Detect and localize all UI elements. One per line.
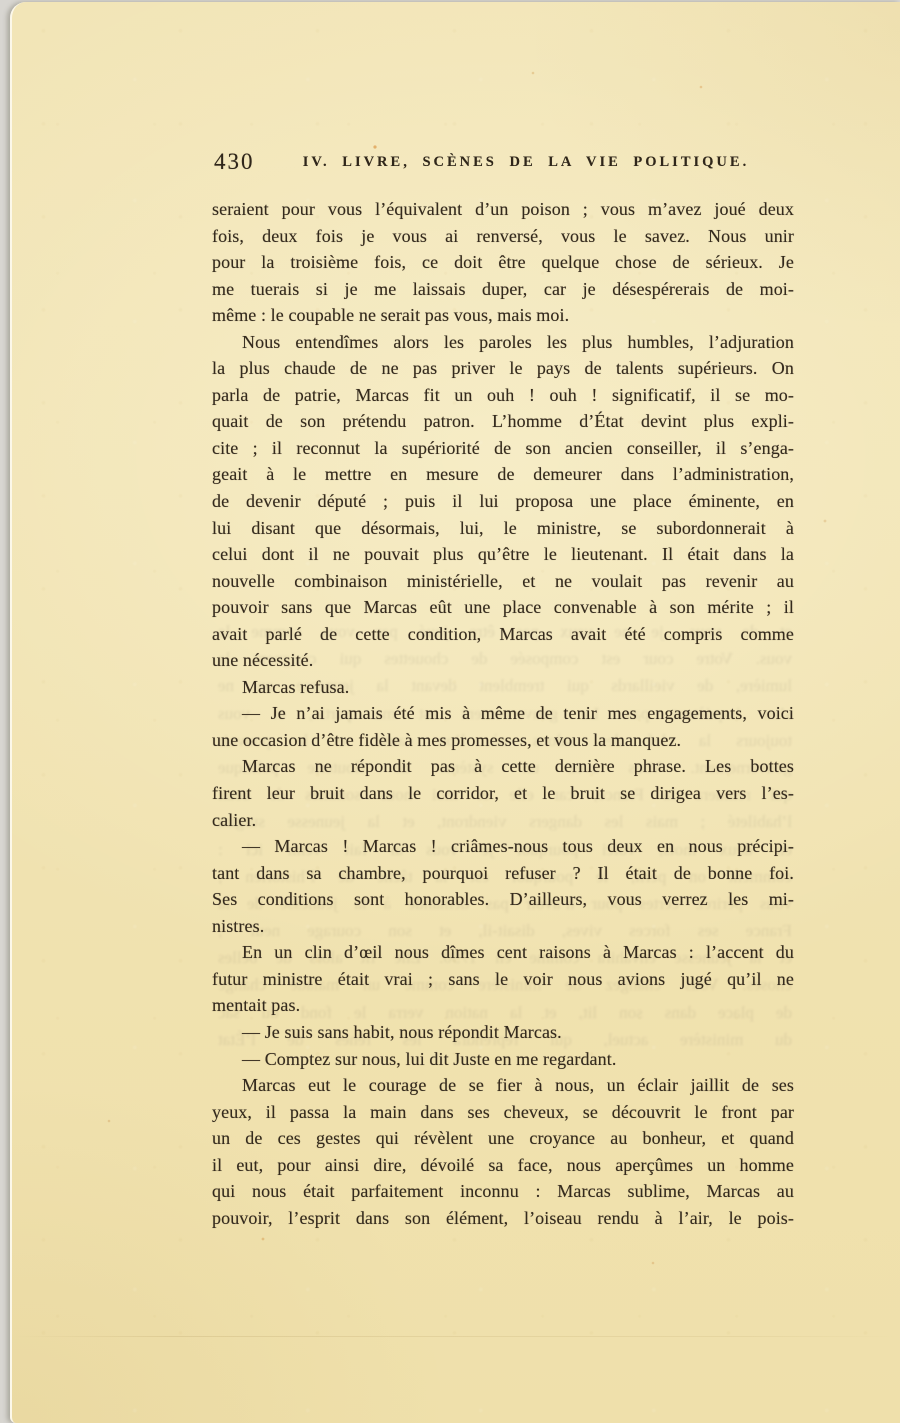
text-line: un de ces gestes qui révèlent une croyan… (212, 1125, 794, 1152)
text-line: — Je suis sans habit, nous répondit Marc… (212, 1019, 794, 1046)
text-line: Marcas ne répondit pas à cette dernière … (212, 753, 794, 780)
text-line: calier. (212, 807, 794, 834)
running-header: 430 IV. LIVRE, SCÈNES DE LA VIE POLITIQU… (212, 149, 794, 181)
text-line: il eut, pour ainsi dire, dévoilé sa face… (212, 1152, 794, 1179)
text-line: de devenir député ; puis il lui proposa … (212, 488, 794, 515)
text-line: parla de patrie, Marcas fit un ouh ! ouh… (212, 382, 794, 409)
text-line: nouvelle combinaison ministérielle, et n… (212, 568, 794, 595)
text-line: — Je n’ai jamais été mis à même de tenir… (212, 700, 794, 727)
text-line: seraient pour vous l’équivalent d’un poi… (212, 196, 794, 223)
text-line: la plus chaude de ne pas priver le pays … (212, 355, 794, 382)
text-line: avait parlé de cette condition, Marcas a… (212, 621, 794, 648)
text-line: Marcas eut le courage de se fier à nous,… (212, 1072, 794, 1099)
text-line: qui nous était parfaitement inconnu : Ma… (212, 1178, 794, 1205)
text-line: mentait pas. (212, 992, 794, 1019)
text-line: — Comptez sur nous, lui dit Juste en me … (212, 1046, 794, 1073)
text-line: quait de son prétendu patron. L’homme d’… (212, 408, 794, 435)
text-line: Marcas refusa. (212, 674, 794, 701)
text-line: lui disant que désormais, lui, le minist… (212, 515, 794, 542)
text-line: En un clin d’œil nous dîmes cent raisons… (212, 939, 794, 966)
paper-specks (12, 2, 14, 4)
text-line: fois, deux fois je vous ai renversé, vou… (212, 223, 794, 250)
text-line: une occasion d’être fidèle à mes promess… (212, 727, 794, 754)
text-line: me tuerais si je me laissais duper, car … (212, 276, 794, 303)
text-line: futur ministre était vrai ; sans le voir… (212, 966, 794, 993)
text-line: tant dans sa chambre, pourquoi refuser ?… (212, 860, 794, 887)
scan-surface: 430 IV. LIVRE, SCÈNES DE LA VIE POLITIQU… (0, 0, 900, 1423)
running-title: IV. LIVRE, SCÈNES DE LA VIE POLITIQUE. (212, 149, 794, 171)
text-line: — Marcas ! Marcas ! criâmes-nous tous de… (212, 833, 794, 860)
text-line: firent leur bruit dans le corridor, et l… (212, 780, 794, 807)
text-block: seraient pour vous l’équivalent d’un poi… (212, 196, 794, 1231)
text-line: cite ; il reconnut la supériorité de son… (212, 435, 794, 462)
text-line: même : le coupable ne serait pas vous, m… (212, 302, 794, 329)
page-crease (12, 1336, 900, 1337)
text-line: pouvoir, l’esprit dans son élément, l’oi… (212, 1205, 794, 1232)
text-line: geait à le mettre en mesure de demeurer … (212, 461, 794, 488)
text-line: yeux, il passa la main dans ses cheveux,… (212, 1099, 794, 1126)
book-page: 430 IV. LIVRE, SCÈNES DE LA VIE POLITIQU… (10, 2, 900, 1423)
text-line: celui dont il ne pouvait plus qu’être le… (212, 541, 794, 568)
text-line: une nécessité. (212, 647, 794, 674)
text-line: pouvoir sans que Marcas eût une place co… (212, 594, 794, 621)
text-line: pour la troisième fois, ce doit être que… (212, 249, 794, 276)
text-line: Nous entendîmes alors les paroles les pl… (212, 329, 794, 356)
page-number: 430 (214, 149, 255, 175)
text-line: nistres. (212, 913, 794, 940)
text-line: Ses conditions sont honorables. D’ailleu… (212, 886, 794, 913)
